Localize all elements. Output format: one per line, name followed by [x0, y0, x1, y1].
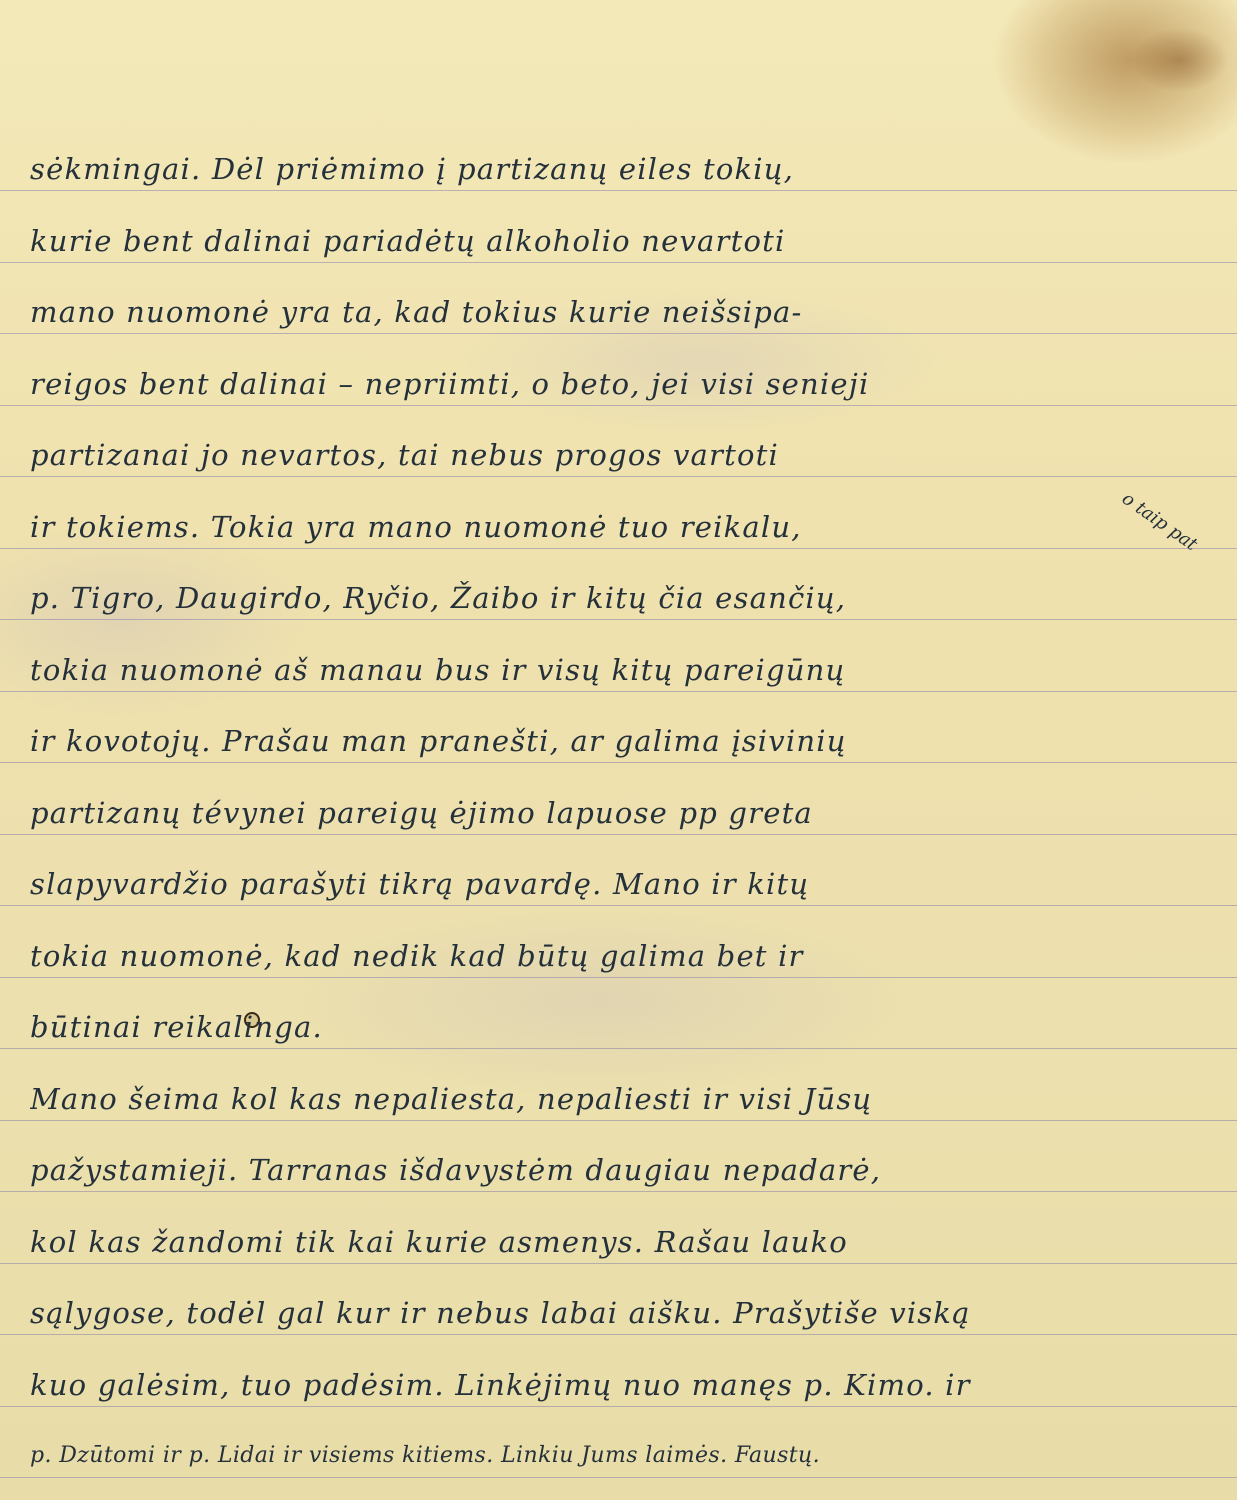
handwritten-line: partizanų tévynei pareigų ėjimo lapuose … — [30, 784, 1219, 842]
handwritten-line: būtinai reikalinga. — [30, 998, 1219, 1056]
handwritten-line: Mano šeima kol kas nepaliesta, nepaliest… — [30, 1070, 1219, 1128]
handwritten-line: tokia nuomonė, kad nedik kad būtų galima… — [30, 927, 1219, 985]
handwritten-line: partizanai jo nevartos, tai nebus progos… — [30, 426, 1219, 484]
handwritten-line: p. Tigro, Daugirdo, Ryčio, Žaibo ir kitų… — [30, 569, 1219, 627]
handwritten-line: mano nuomonė yra ta, kad tokius kurie ne… — [30, 283, 1219, 341]
letter-page: o taip pat sėkmingai. Dėl priėmimo į par… — [0, 0, 1237, 1500]
handwritten-line: p. Dzūtomi ir p. Lidai ir visiems kitiem… — [30, 1427, 1219, 1485]
handwritten-line: pažystamieji. Tarranas išdavystėm daugia… — [30, 1141, 1219, 1199]
handwritten-line: sąlygose, todėl gal kur ir nebus labai a… — [30, 1284, 1219, 1342]
handwritten-line: sėkmingai. Dėl priėmimo į partizanų eile… — [30, 140, 1219, 198]
handwritten-line: reigos bent dalinai – nepriimti, o beto,… — [30, 355, 1219, 413]
handwritten-line: kuo galėsim, tuo padėsim. Linkėjimų nuo … — [30, 1356, 1219, 1414]
handwritten-line: slapyvardžio parašyti tikrą pavardę. Man… — [30, 855, 1219, 913]
handwritten-line: kol kas žandomi tik kai kurie asmenys. R… — [30, 1213, 1219, 1271]
handwritten-line: ir kovotojų. Prašau man pranešti, ar gal… — [30, 712, 1219, 770]
handwritten-line: tokia nuomonė aš manau bus ir visų kitų … — [30, 641, 1219, 699]
handwritten-line: kurie bent dalinai pariadėtų alkoholio n… — [30, 212, 1219, 270]
handwritten-line: ir tokiems. Tokia yra mano nuomonė tuo r… — [30, 498, 1219, 556]
